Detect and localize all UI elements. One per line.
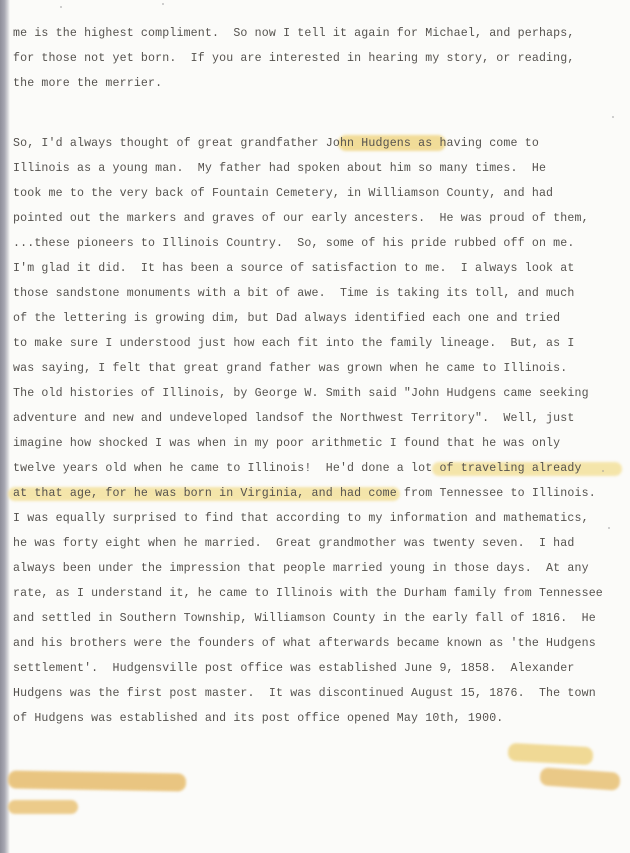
text-line: of Hudgens was established and its post … [13, 712, 503, 726]
text-line: and his brothers were the founders of wh… [13, 637, 596, 651]
text-line: Hudgens was the first post master. It wa… [13, 687, 596, 701]
text-line: imagine how shocked I was when in my poo… [13, 437, 560, 451]
scan-speck [608, 527, 610, 529]
text-line: took me to the very back of Fountain Cem… [13, 187, 553, 201]
text-line: always been under the impression that pe… [13, 562, 589, 576]
highlight-mark-alexander [508, 743, 594, 765]
text-line: twelve years old when he came to Illinoi… [13, 462, 582, 476]
text-line: me is the highest compliment. So now I t… [13, 27, 574, 41]
text-line: and settled in Southern Township, Willia… [13, 612, 596, 626]
text-line: Illinois as a young man. My father had s… [13, 162, 546, 176]
text-line: I'm glad it did. It has been a source of… [13, 262, 574, 276]
text-line: adventure and new and undeveloped landso… [13, 412, 574, 426]
text-line: of the lettering is growing dim, but Dad… [13, 312, 560, 326]
text-line: So, I'd always thought of great grandfat… [13, 137, 539, 151]
text-line: the more the merrier. [13, 77, 162, 91]
text-line: he was forty eight when he married. Grea… [13, 537, 574, 551]
text-line: those sandstone monuments with a bit of … [13, 287, 574, 301]
scan-speck [60, 6, 62, 8]
highlight-mark-first-postmaster [8, 770, 186, 791]
text-line: for those not yet born. If you are inter… [13, 52, 574, 66]
text-line: to make sure I understood just how each … [13, 337, 574, 351]
highlight-mark-town [539, 767, 620, 791]
text-line: at that age, for he was born in Virginia… [13, 487, 596, 501]
text-line: settlement'. Hudgensville post office wa… [13, 662, 574, 676]
highlight-mark-hudgens [8, 800, 78, 814]
text-line: I was equally surprised to find that acc… [13, 512, 589, 526]
scan-speck [425, 393, 427, 395]
text-line: The old histories of Illinois, by George… [13, 387, 589, 401]
scan-speck [602, 470, 604, 472]
document-page: me is the highest compliment. So now I t… [0, 0, 630, 853]
text-line: was saying, I felt that great grand fath… [13, 362, 567, 376]
text-line: pointed out the markers and graves of ou… [13, 212, 589, 226]
text-line: ...these pioneers to Illinois Country. S… [13, 237, 574, 251]
scan-speck [612, 116, 614, 118]
text-line: rate, as I understand it, he came to Ill… [13, 587, 603, 601]
scan-speck [162, 3, 164, 5]
